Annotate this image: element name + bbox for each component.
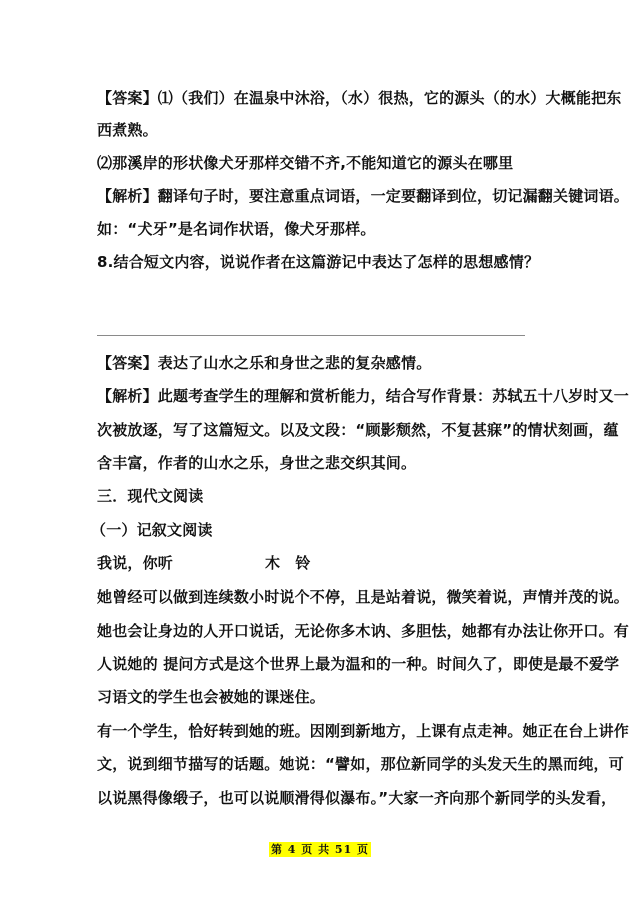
article-title: 我说，你听 (97, 554, 173, 572)
subsection-heading: （一）记叙文阅读 (91, 520, 551, 540)
article-author: 木 铃 (265, 554, 311, 572)
article-title-line: 我说，你听木 铃 (97, 553, 557, 573)
paragraph-2-line-2: 人说她的 提问方式是这个世界上最为温和的一种。时间久了，即使是最不爱学 (97, 654, 557, 674)
paragraph-3-line-3: 以说黑得像缎子，也可以说顺滑得似瀑布。”大家一齐向那个新同学的头发看， (97, 788, 557, 808)
analysis-7-line-1: 【解析】翻译句子时，要注意重点词语，一定要翻译到位，切记漏翻关键词语。 (97, 186, 557, 206)
answer-7-line-1: 【答案】⑴（我们）在温泉中沐浴，（水）很热，它的源头（的水）大概能把东 (97, 88, 557, 108)
paragraph-2-line-1: 她也会让身边的人开口说话，无论你多木讷、多胆怯，她都有办法让你开口。有 (97, 621, 557, 641)
answer-blank-line (97, 335, 525, 336)
analysis-8-line-3: 含丰富，作者的山水之乐，身世之悲交织其间。 (97, 453, 557, 473)
paragraph-3-line-2: 文，说到细节描写的话题。她说：“譬如，那位新同学的头发天生的黑而纯，可 (97, 754, 557, 774)
paragraph-3-line-1: 有一个学生，恰好转到她的班。因刚到新地方，上课有点走神。她正在台上讲作 (97, 721, 557, 741)
analysis-8-line-1: 【解析】此题考查学生的理解和赏析能力，结合写作背景：苏轼五十八岁时又一 (97, 386, 557, 406)
answer-8: 【答案】表达了山水之乐和身世之悲的复杂感情。 (97, 353, 557, 373)
section-heading: 三．现代文阅读 (97, 486, 557, 506)
analysis-7-line-2: 如：“犬牙”是名词作状语，像犬牙那样。 (97, 219, 557, 239)
answer-7-part-2: ⑵那溪岸的形状像犬牙那样交错不齐,不能知道它的源头在哪里 (97, 153, 557, 173)
paragraph-2-line-3: 习语文的学生也会被她的课迷住。 (97, 687, 557, 707)
page-footer: 第 4 页 共 51 页 (0, 838, 640, 857)
question-8: 8.结合短文内容，说说作者在这篇游记中表达了怎样的思想感情？ (97, 252, 557, 272)
answer-7-line-2: 西煮熟。 (97, 120, 557, 140)
paragraph-1-line-1: 她曾经可以做到连续数小时说个不停，且是站着说，微笑着说，声情并茂的说。 (97, 587, 557, 607)
analysis-8-line-2: 次被放逐，写了这篇短文。以及文段：“顾影颓然，不复甚寐”的情状刻画，蕴 (97, 420, 557, 440)
page-number: 第 4 页 共 51 页 (269, 842, 371, 857)
